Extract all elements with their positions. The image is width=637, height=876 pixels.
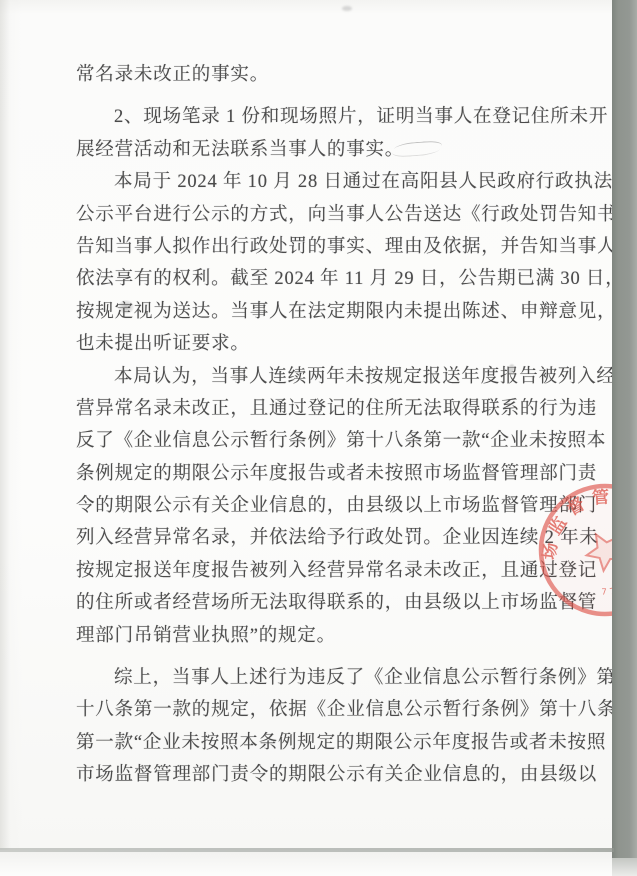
text-line: 的住所或者经营场所无法取得联系的，由县级以上市场监督管 (76, 587, 585, 619)
text-line: 展经营活动和无法联系当事人的事实。 (76, 134, 585, 166)
official-seal-stamp: 市场监督管理局 770418 (530, 468, 612, 638)
text-line: 市场监督管理部门责令的期限公示有关企业信息的，由县级以 (76, 759, 585, 791)
text-line: 理部门吊销营业执照”的规定。 (76, 620, 585, 652)
paragraph: 综上，当事人上述行为违反了《企业信息公示暂行条例》第十八条第一款的规定，依据《企… (76, 662, 585, 792)
scanned-document: 常名录未改正的事实。2、现场笔录 1 份和现场照片，证明当事人在登记住所未开展经… (0, 0, 637, 876)
paragraph: 2、现场笔录 1 份和现场照片，证明当事人在登记住所未开展经营活动和无法联系当事… (76, 101, 585, 166)
text-line: 依法享有的权利。截至 2024 年 11 月 29 日，公告期已满 30 日， (76, 263, 585, 295)
text-line: 本局于 2024 年 10 月 28 日通过在高阳县人民政府行政执法 (76, 166, 585, 198)
text-line: 列入经营异常名录，并依法给予行政处罚。企业因连续 2 年未 (76, 522, 585, 554)
text-line: 也未提出听证要求。 (76, 328, 585, 360)
paragraph: 本局认为，当事人连续两年未按规定报送年度报告被列入经营异常名录未改正，且通过登记… (76, 361, 585, 653)
text-line: 综上，当事人上述行为违反了《企业信息公示暂行条例》第 (76, 662, 585, 694)
text-line: 常名录未改正的事实。 (76, 59, 585, 91)
text-line: 按规定报送年度报告被列入经营异常名录未改正，且通过登记 (76, 555, 585, 587)
scanner-edge-strip-end (612, 858, 637, 876)
text-line: 十八条第一款的规定，依据《企业信息公示暂行条例》第十八条 (76, 694, 585, 726)
text-line: 按规定视为送达。当事人在法定期限内未提出陈述、申辩意见， (76, 296, 585, 328)
text-line: 营异常名录未改正，且通过登记的住所无法取得联系的行为违 (76, 393, 585, 425)
scanner-edge-strip (612, 0, 637, 858)
scanner-background (0, 852, 612, 876)
text-line: 告知当事人拟作出行政处罚的事实、理由及依据，并告知当事人 (76, 231, 585, 263)
text-line: 本局认为，当事人连续两年未按规定报送年度报告被列入经 (76, 361, 585, 393)
paper-page: 常名录未改正的事实。2、现场笔录 1 份和现场照片，证明当事人在登记住所未开展经… (0, 0, 612, 850)
text-line: 反了《企业信息公示暂行条例》第十八条第一款“企业未按照本 (76, 425, 585, 457)
paragraph: 常名录未改正的事实。 (76, 59, 585, 91)
text-line: 条例规定的期限公示年度报告或者未按照市场监督管理部门责 (76, 458, 585, 490)
document-body: 常名录未改正的事实。2、现场笔录 1 份和现场照片，证明当事人在登记住所未开展经… (76, 59, 585, 792)
paragraph: 本局于 2024 年 10 月 28 日通过在高阳县人民政府行政执法公示平台进行… (76, 166, 585, 360)
scan-speck (342, 6, 352, 11)
text-line: 第一款“企业未按照本条例规定的期限公示年度报告或者未按照 (76, 727, 585, 759)
text-line: 令的期限公示有关企业信息的，由县级以上市场监督管理部门 (76, 490, 585, 522)
text-line: 公示平台进行公示的方式，向当事人公告送达《行政处罚告知书》， (76, 199, 585, 231)
text-line: 2、现场笔录 1 份和现场照片，证明当事人在登记住所未开 (76, 101, 585, 133)
